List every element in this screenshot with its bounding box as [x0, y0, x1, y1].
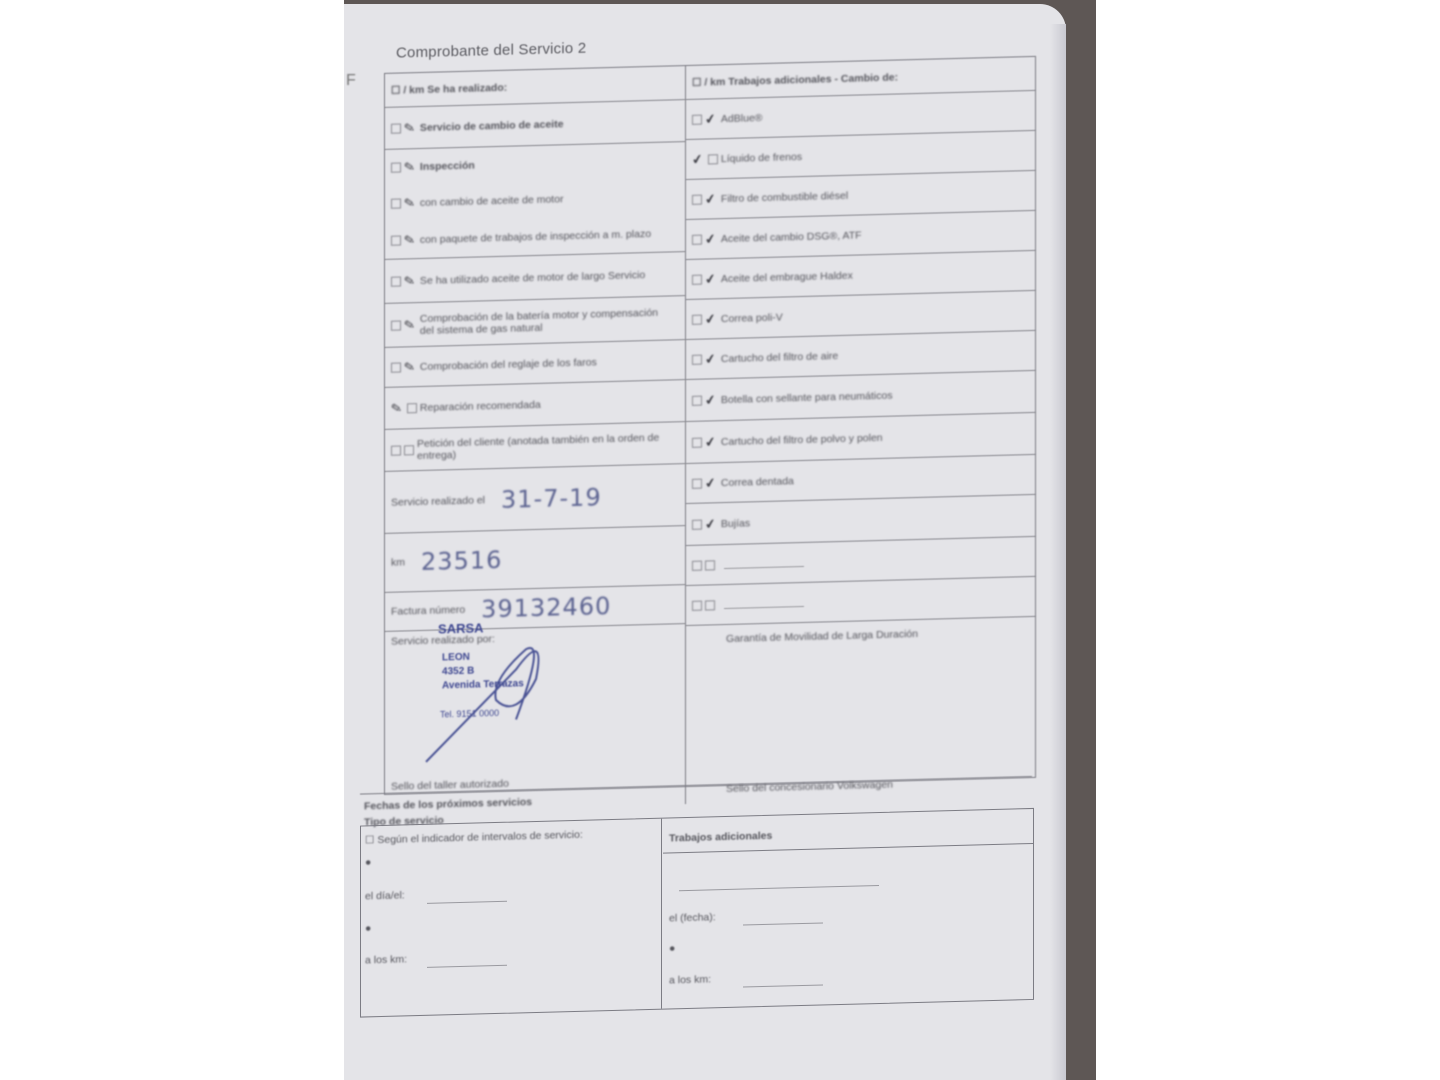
- checkbox-icon[interactable]: [705, 600, 715, 610]
- service-date-label: Servicio realizado el: [391, 494, 485, 508]
- checkbox-icon[interactable]: [391, 445, 401, 455]
- right-column: ☐ / km Trabajos adicionales - Cambio de:…: [685, 57, 1036, 804]
- km-value: 23516: [421, 546, 502, 576]
- tick-icon: ✎: [403, 159, 417, 177]
- stamp-company: SARSA: [438, 620, 484, 636]
- item-label: Comprobación de la batería motor y compe…: [420, 306, 670, 337]
- left-item: ✎con paquete de trabajos de inspección a…: [391, 225, 670, 248]
- additional-work-field[interactable]: [679, 877, 879, 891]
- checkbox-icon[interactable]: [692, 600, 702, 610]
- checkbox-icon[interactable]: [708, 154, 718, 164]
- item-label: Filtro de combustible diésel: [721, 189, 848, 204]
- item-label: Aceite del embrague Haldex: [721, 269, 853, 284]
- checkbox-icon[interactable]: [692, 395, 702, 405]
- service-date-value: 31-7-19: [501, 483, 602, 514]
- item-label: Reparación recomendada: [420, 398, 541, 413]
- stamp-line-3: Avenida Terrazas: [442, 677, 524, 693]
- item-label: Comprobación del reglaje de los faros: [420, 356, 597, 373]
- next-services-header: Fechas de los próximos servicios: [364, 796, 532, 812]
- checkbox-icon[interactable]: [692, 519, 702, 529]
- checkbox-icon[interactable]: [692, 194, 702, 204]
- bullet-icon: ●: [365, 922, 371, 934]
- additional-date-label: el (fecha):: [669, 911, 716, 924]
- item-label: Petición del cliente (anotada también en…: [417, 431, 667, 462]
- item-label: Aceite del cambio DSG®, ATF: [721, 229, 862, 245]
- dealer-stamp: SARSA LEON 4352 B Avenida Terrazas Tel. …: [426, 618, 556, 741]
- tick-icon: ✎: [403, 231, 417, 249]
- document-photo: F Comprobante del Servicio 2 ☐ / km Se h…: [344, 0, 1096, 1080]
- checkbox-icon[interactable]: [391, 276, 401, 286]
- km-label: km: [391, 556, 405, 568]
- checkbox-icon[interactable]: [407, 403, 417, 413]
- checkbox-icon[interactable]: [391, 123, 401, 133]
- interval-indicator-text: ☐ Según el indicador de intervalos de se…: [365, 829, 583, 847]
- checkbox-icon[interactable]: [705, 560, 715, 570]
- checkbox-icon[interactable]: [692, 274, 702, 284]
- left-item-group: ✎Inspección ✎con cambio de aceite de mot…: [385, 142, 685, 260]
- tick-icon: ✎: [403, 316, 417, 334]
- checkbox-icon[interactable]: [391, 362, 401, 372]
- item-label: Líquido de frenos: [721, 151, 802, 165]
- checkbox-icon[interactable]: [692, 234, 702, 244]
- checkmark-icon: ✔: [704, 474, 718, 492]
- checkbox-icon[interactable]: [692, 114, 702, 124]
- left-item: ✎Inspección: [391, 158, 475, 176]
- checkmark-icon: ✔: [704, 515, 718, 533]
- item-label: Botella con sellante para neumáticos: [721, 389, 893, 405]
- next-date-field[interactable]: [427, 893, 507, 904]
- item-label: Servicio de cambio de aceite: [420, 118, 564, 134]
- stamp-phone: Tel. 9151 0000: [440, 708, 499, 720]
- item-label: Correa dentada: [721, 475, 794, 489]
- item-label: Bujías: [721, 517, 750, 530]
- next-date-label: el día/el:: [365, 889, 405, 902]
- column-divider: [661, 819, 662, 1009]
- blank-line[interactable]: [724, 598, 804, 609]
- item-label: AdBlue®: [721, 112, 763, 125]
- tick-icon: ✎: [403, 195, 417, 213]
- additional-km-field[interactable]: [743, 976, 823, 987]
- checkmark-icon: ✔: [704, 190, 718, 208]
- checkbox-icon[interactable]: [692, 354, 702, 364]
- checkmark-icon: ✔: [704, 310, 718, 328]
- divider: [663, 843, 1033, 854]
- left-header: ☐ / km Se ha realizado:: [391, 81, 507, 96]
- checkbox-icon[interactable]: [391, 320, 401, 330]
- tick-icon: ✎: [403, 119, 417, 137]
- additional-km-label: a los km:: [669, 973, 711, 986]
- checkbox-icon[interactable]: [692, 478, 702, 488]
- left-item: ✎con cambio de aceite de motor: [391, 192, 564, 213]
- additional-date-field[interactable]: [743, 914, 823, 925]
- warranty-box: Garantía de Movilidad de Larga Duración …: [686, 617, 1036, 804]
- next-km-label: a los km:: [365, 953, 407, 966]
- form-sheet: Comprobante del Servicio 2 ☐ / km Se ha …: [344, 0, 1066, 1080]
- item-label: Cartucho del filtro de polvo y polen: [721, 431, 883, 447]
- item-label: Inspección: [420, 160, 475, 173]
- checkmark-icon: ✔: [704, 230, 718, 248]
- checkbox-icon[interactable]: [391, 199, 401, 209]
- blank-line[interactable]: [724, 558, 804, 569]
- item-label: Cartucho del filtro de aire: [721, 350, 838, 365]
- page-title: Comprobante del Servicio 2: [396, 40, 586, 62]
- bullet-icon: ●: [669, 942, 675, 954]
- checkbox-icon[interactable]: [692, 314, 702, 324]
- checkbox-icon[interactable]: [391, 163, 401, 173]
- additional-work-header: Trabajos adicionales: [669, 830, 772, 845]
- booklet-page: F Comprobante del Servicio 2 ☐ / km Se h…: [344, 4, 1066, 1080]
- right-header: ☐ / km Trabajos adicionales - Cambio de:: [692, 71, 898, 88]
- checkmark-icon: ✔: [704, 433, 718, 451]
- left-item-row: ✎ Se ha utilizado aceite de motor de lar…: [385, 252, 685, 304]
- tick-icon: ✎: [403, 272, 417, 290]
- item-label: Correa poli-V: [721, 311, 783, 325]
- next-services-table: ☐ Según el indicador de intervalos de se…: [360, 808, 1034, 1018]
- checkbox-icon[interactable]: [692, 437, 702, 447]
- checkmark-icon: ✔: [704, 350, 718, 368]
- bullet-icon: ●: [365, 856, 371, 868]
- tick-icon: ✎: [390, 399, 404, 417]
- checkbox-icon[interactable]: [404, 445, 414, 455]
- checkmark-icon: ✔: [691, 150, 705, 168]
- checkmark-icon: ✔: [704, 270, 718, 288]
- item-label: Se ha utilizado aceite de motor de largo…: [420, 268, 670, 287]
- checkmark-icon: ✔: [704, 110, 718, 128]
- warranty-label: Garantía de Movilidad de Larga Duración: [726, 628, 918, 645]
- item-label: con paquete de trabajos de inspección a …: [420, 227, 670, 246]
- service-date-row: Servicio realizado el 31-7-19: [385, 464, 685, 534]
- next-km-field[interactable]: [427, 957, 507, 968]
- checkbox-icon[interactable]: [391, 235, 401, 245]
- item-label: con cambio de aceite de motor: [420, 194, 564, 210]
- left-item-row: ✎ Comprobación de la batería motor y com…: [385, 296, 685, 348]
- checkbox-icon[interactable]: [692, 560, 702, 570]
- checkmark-icon: ✔: [704, 391, 718, 409]
- stamp-line: LEON 4352 B Avenida Terrazas: [442, 649, 524, 693]
- tick-icon: ✎: [403, 358, 417, 376]
- km-row: km 23516: [385, 526, 685, 592]
